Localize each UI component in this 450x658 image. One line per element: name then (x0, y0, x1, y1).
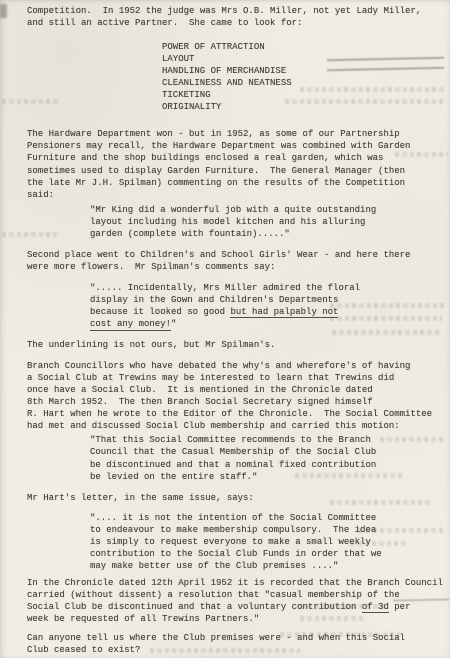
text-line: TICKETING (162, 89, 449, 101)
text-line: "That this Social Committee recommends t… (90, 434, 449, 446)
text-line: Mr Hart's letter, in the same issue, say… (27, 492, 449, 504)
text-line: Pensioners may recall, the Hardware Depa… (27, 140, 449, 152)
text-line: the late Mr J.H. Spilman) commenting on … (27, 177, 449, 189)
branch-councillors-paragraph: Branch Councillors who have debated the … (27, 360, 449, 432)
text-line: LAYOUT (162, 53, 449, 65)
closing-question-paragraph: Can anyone tell us where the Club premis… (27, 632, 449, 656)
text-line: POWER OF ATTRACTION (162, 41, 449, 53)
text-line: and still an active Partner. She came to… (27, 17, 449, 29)
text-line: once have a Social Club. It is mentioned… (27, 384, 449, 396)
text-line: carried (without dissent) a resolution t… (27, 589, 449, 601)
chronicle-april-paragraph: In the Chronicle dated 12th April 1952 i… (27, 577, 449, 625)
text-line: The Hardware Department won - but in 195… (27, 128, 449, 140)
text-line: HANDLING OF MERCHANDISE (162, 65, 449, 77)
text-line: The underlining is not ours, but Mr Spil… (27, 339, 449, 351)
text-line: Branch Councillors who have debated the … (27, 360, 449, 372)
text-line: cost any money!" (90, 318, 449, 330)
mrs-miller-quotation: "..... Incidentally, Mrs Miller admired … (90, 282, 449, 330)
text-line: ORIGINALITY (162, 101, 449, 113)
text-line: "Mr King did a wonderful job with a quit… (90, 204, 449, 216)
text-line: may make better use of the Club premises… (90, 560, 449, 572)
text-line: a Social Club at Trewins may be interest… (27, 372, 449, 384)
text-line: Competition. In 1952 the judge was Mrs O… (27, 5, 449, 17)
scanned-document-page: Competition. In 1952 the judge was Mrs O… (0, 0, 450, 658)
text-line: sometimes used to display Garden Furnitu… (27, 165, 449, 177)
text-line: Council that the Casual Membership of th… (90, 446, 449, 458)
text-line: be levied on the entire staff." (90, 471, 449, 483)
text-line: Furniture and the shop buildings enclose… (27, 152, 449, 164)
text-line: to endeavour to make membership compulso… (90, 524, 449, 536)
text-line: "..... Incidentally, Mrs Miller admired … (90, 282, 449, 294)
text-line: Club ceased to exist? (27, 644, 449, 656)
text-line: said: (27, 189, 449, 201)
underlined-text: of 3d (362, 602, 389, 614)
text-line: R. Hart when he wrote to the Editor of t… (27, 408, 449, 420)
text-line: Second place went to Children's and Scho… (27, 249, 449, 261)
intro-paragraph: Competition. In 1952 the judge was Mrs O… (27, 5, 449, 29)
text-line: layout including his model kitchen and h… (90, 216, 449, 228)
text-line: ".... it is not the intention of the Soc… (90, 512, 449, 524)
mr-harts-letter-paragraph: Mr Hart's letter, in the same issue, say… (27, 492, 449, 504)
text-line: display in the Gown and Children's Depar… (90, 294, 449, 306)
underlining-note-paragraph: The underlining is not ours, but Mr Spil… (27, 339, 449, 351)
text-line: Can anyone tell us where the Club premis… (27, 632, 449, 644)
underlined-text: but had palpably not (230, 307, 338, 319)
text-line: contribution to the Social Club Funds in… (90, 548, 449, 560)
underlined-text: cost any money! (90, 319, 171, 331)
text-line: were more flowers. Mr Spilman's comments… (27, 261, 449, 273)
text-line: be discontinued and that a nominal fixed… (90, 459, 449, 471)
text-line: week be requested of all Trewins Partner… (27, 613, 449, 625)
text-line: Social Club be discontinued and that a v… (27, 601, 449, 613)
judging-criteria-list: POWER OF ATTRACTIONLAYOUTHANDLING OF MER… (162, 41, 449, 113)
text-line: 8th March 1952. The then Branch Social S… (27, 396, 449, 408)
mr-king-quotation: "Mr King did a wonderful job with a quit… (90, 204, 449, 240)
typewritten-text-column: Competition. In 1952 the judge was Mrs O… (27, 5, 449, 658)
mr-hart-letter-quotation: ".... it is not the intention of the Soc… (90, 512, 449, 572)
second-place-paragraph: Second place went to Children's and Scho… (27, 249, 449, 273)
text-line: is simply to request everyone to make a … (90, 536, 449, 548)
text-line: garden (complete with fountain)....." (90, 228, 449, 240)
social-committee-motion-quotation: "That this Social Committee recommends t… (90, 434, 449, 482)
text-line: because it looked so good but had palpab… (90, 306, 449, 318)
text-line: In the Chronicle dated 12th April 1952 i… (27, 577, 449, 589)
hardware-department-paragraph: The Hardware Department won - but in 195… (27, 128, 449, 200)
text-line: had met and discussed Social Club member… (27, 420, 449, 432)
scan-edge-mark (0, 4, 7, 18)
text-line: CLEANLINESS AND NEATNESS (162, 77, 449, 89)
